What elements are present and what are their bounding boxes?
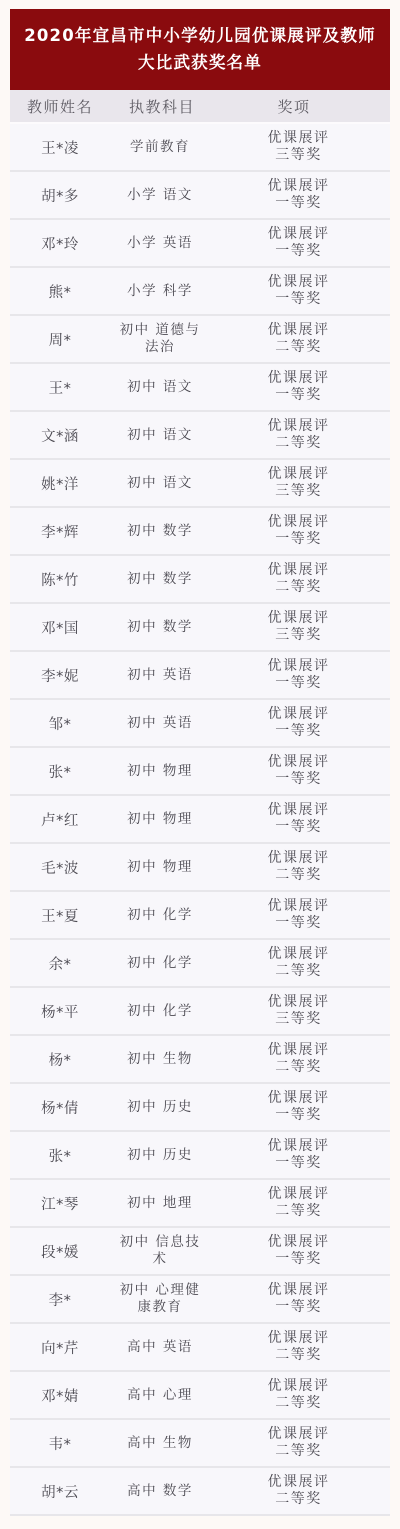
teacher-name: 王*凌 (10, 137, 108, 158)
subject: 初中 信息技术 (108, 1234, 212, 1268)
table-row: 杨*倩初中 历史优课展评一等奖 (10, 1082, 390, 1130)
award-level: 一等奖 (212, 291, 385, 308)
award: 优课展评三等奖 (212, 994, 390, 1028)
subject: 学前教育 (108, 139, 212, 156)
award: 优课展评一等奖 (212, 274, 390, 308)
award-level: 三等奖 (212, 1011, 385, 1028)
teacher-name: 王* (10, 377, 108, 398)
award-level: 一等奖 (212, 243, 385, 260)
table-row: 张*初中 物理优课展评一等奖 (10, 746, 390, 794)
table-row: 向*芹高中 英语优课展评二等奖 (10, 1322, 390, 1370)
award: 优课展评一等奖 (212, 802, 390, 836)
award-category: 优课展评 (212, 1378, 385, 1395)
teacher-name: 周* (10, 329, 108, 350)
teacher-name: 段*媛 (10, 1241, 108, 1262)
award-level: 二等奖 (212, 963, 385, 980)
award: 优课展评一等奖 (212, 514, 390, 548)
table-row: 余*初中 化学优课展评二等奖 (10, 938, 390, 986)
column-header-award: 奖项 (212, 96, 390, 117)
teacher-name: 李* (10, 1289, 108, 1310)
table-row: 姚*洋初中 语文优课展评三等奖 (10, 458, 390, 506)
award-level: 三等奖 (212, 627, 385, 644)
column-header-teacher-name: 教师姓名 (10, 96, 108, 117)
award-category: 优课展评 (212, 754, 385, 771)
award-level: 三等奖 (212, 147, 385, 164)
award: 优课展评二等奖 (212, 1474, 390, 1508)
subject: 初中 英语 (108, 667, 212, 684)
award: 优课展评二等奖 (212, 946, 390, 980)
award: 优课展评一等奖 (212, 754, 390, 788)
column-header-subject: 执教科目 (108, 96, 212, 117)
award-level: 二等奖 (212, 1059, 385, 1076)
teacher-name: 熊* (10, 281, 108, 302)
subject: 初中 化学 (108, 907, 212, 924)
table-row: 江*琴初中 地理优课展评二等奖 (10, 1178, 390, 1226)
teacher-name: 杨* (10, 1049, 108, 1070)
teacher-name: 杨*倩 (10, 1097, 108, 1118)
subject: 小学 科学 (108, 283, 212, 300)
award-level: 二等奖 (212, 339, 385, 356)
teacher-name: 卢*红 (10, 809, 108, 830)
award-level: 一等奖 (212, 675, 385, 692)
award-level: 二等奖 (212, 1203, 385, 1220)
subject: 初中 化学 (108, 1003, 212, 1020)
column-header-row: 教师姓名 执教科目 奖项 (10, 90, 390, 122)
award-level: 二等奖 (212, 1347, 385, 1364)
award: 优课展评二等奖 (212, 1426, 390, 1460)
table-row: 韦*高中 生物优课展评二等奖 (10, 1418, 390, 1466)
teacher-name: 姚*洋 (10, 473, 108, 494)
table-row: 陈*竹初中 数学优课展评二等奖 (10, 554, 390, 602)
award-category: 优课展评 (212, 466, 385, 483)
award-level: 二等奖 (212, 1443, 385, 1460)
award: 优课展评二等奖 (212, 418, 390, 452)
award-category: 优课展评 (212, 610, 385, 627)
teacher-name: 余* (10, 953, 108, 974)
table-row: 杨*初中 生物优课展评二等奖 (10, 1034, 390, 1082)
award-level: 二等奖 (212, 1491, 385, 1508)
subject: 初中 化学 (108, 955, 212, 972)
award: 优课展评二等奖 (212, 1330, 390, 1364)
subject: 高中 生物 (108, 1435, 212, 1452)
award: 优课展评一等奖 (212, 706, 390, 740)
subject: 初中 物理 (108, 859, 212, 876)
teacher-name: 杨*平 (10, 1001, 108, 1022)
award: 优课展评三等奖 (212, 610, 390, 644)
subject: 初中 语文 (108, 427, 212, 444)
award-level: 三等奖 (212, 483, 385, 500)
award: 优课展评一等奖 (212, 658, 390, 692)
table-row: 李*初中 心理健康教育优课展评一等奖 (10, 1274, 390, 1322)
award-category: 优课展评 (212, 370, 385, 387)
award-table: 2020年宜昌市中小学幼儿园优课展评及教师大比武获奖名单 教师姓名 执教科目 奖… (10, 9, 390, 1516)
subject: 初中 历史 (108, 1147, 212, 1164)
award-category: 优课展评 (212, 1474, 385, 1491)
subject: 小学 语文 (108, 187, 212, 204)
table-row: 段*媛初中 信息技术优课展评一等奖 (10, 1226, 390, 1274)
subject: 初中 生物 (108, 1051, 212, 1068)
award: 优课展评二等奖 (212, 322, 390, 356)
teacher-name: 向*芹 (10, 1337, 108, 1358)
award-category: 优课展评 (212, 1330, 385, 1347)
award-level: 一等奖 (212, 771, 385, 788)
subject: 初中 地理 (108, 1195, 212, 1212)
table-row: 邓*婧高中 心理优课展评二等奖 (10, 1370, 390, 1418)
teacher-name: 胡*多 (10, 185, 108, 206)
award: 优课展评一等奖 (212, 178, 390, 212)
award-level: 一等奖 (212, 915, 385, 932)
award-category: 优课展评 (212, 130, 385, 147)
award-category: 优课展评 (212, 418, 385, 435)
award-category: 优课展评 (212, 658, 385, 675)
table-row: 王*凌学前教育优课展评三等奖 (10, 122, 390, 170)
table-row: 王*初中 语文优课展评一等奖 (10, 362, 390, 410)
teacher-name: 张* (10, 1145, 108, 1166)
award: 优课展评二等奖 (212, 1042, 390, 1076)
subject: 高中 数学 (108, 1483, 212, 1500)
award-level: 一等奖 (212, 195, 385, 212)
table-row: 熊*小学 科学优课展评一等奖 (10, 266, 390, 314)
subject: 初中 数学 (108, 523, 212, 540)
teacher-name: 毛*波 (10, 857, 108, 878)
award-category: 优课展评 (212, 274, 385, 291)
award-level: 二等奖 (212, 435, 385, 452)
table-row: 李*辉初中 数学优课展评一等奖 (10, 506, 390, 554)
teacher-name: 邓*婧 (10, 1385, 108, 1406)
award: 优课展评二等奖 (212, 562, 390, 596)
award: 优课展评二等奖 (212, 850, 390, 884)
table-row: 胡*多小学 语文优课展评一等奖 (10, 170, 390, 218)
award-category: 优课展评 (212, 850, 385, 867)
teacher-name: 文*涵 (10, 425, 108, 446)
award: 优课展评三等奖 (212, 466, 390, 500)
table-row: 王*夏初中 化学优课展评一等奖 (10, 890, 390, 938)
teacher-name: 王*夏 (10, 905, 108, 926)
award-category: 优课展评 (212, 1042, 385, 1059)
subject: 初中 数学 (108, 571, 212, 588)
award-level: 二等奖 (212, 867, 385, 884)
award-category: 优课展评 (212, 178, 385, 195)
teacher-name: 邹* (10, 713, 108, 734)
teacher-name: 张* (10, 761, 108, 782)
award: 优课展评一等奖 (212, 226, 390, 260)
award-level: 二等奖 (212, 1395, 385, 1412)
subject: 初中 物理 (108, 811, 212, 828)
subject: 初中 历史 (108, 1099, 212, 1116)
table-row: 胡*云高中 数学优课展评二等奖 (10, 1466, 390, 1516)
teacher-name: 李*妮 (10, 665, 108, 686)
award: 优课展评三等奖 (212, 130, 390, 164)
award: 优课展评二等奖 (212, 1378, 390, 1412)
teacher-name: 胡*云 (10, 1481, 108, 1502)
subject: 初中 英语 (108, 715, 212, 732)
teacher-name: 陈*竹 (10, 569, 108, 590)
table-row: 邓*玲小学 英语优课展评一等奖 (10, 218, 390, 266)
teacher-name: 江*琴 (10, 1193, 108, 1214)
teacher-name: 李*辉 (10, 521, 108, 542)
award: 优课展评一等奖 (212, 370, 390, 404)
award: 优课展评一等奖 (212, 898, 390, 932)
award-category: 优课展评 (212, 1090, 385, 1107)
subject: 初中 物理 (108, 763, 212, 780)
award-category: 优课展评 (212, 994, 385, 1011)
award-category: 优课展评 (212, 1186, 385, 1203)
table-row: 邓*国初中 数学优课展评三等奖 (10, 602, 390, 650)
award-category: 优课展评 (212, 898, 385, 915)
subject: 初中 道德与法治 (108, 322, 212, 356)
table-row: 张*初中 历史优课展评一等奖 (10, 1130, 390, 1178)
award-category: 优课展评 (212, 514, 385, 531)
subject: 高中 心理 (108, 1387, 212, 1404)
award-category: 优课展评 (212, 802, 385, 819)
subject: 高中 英语 (108, 1339, 212, 1356)
award-category: 优课展评 (212, 226, 385, 243)
award-category: 优课展评 (212, 1234, 385, 1251)
award-level: 一等奖 (212, 1251, 385, 1268)
teacher-name: 邓*国 (10, 617, 108, 638)
award-level: 二等奖 (212, 579, 385, 596)
teacher-name: 韦* (10, 1433, 108, 1454)
award-category: 优课展评 (212, 1426, 385, 1443)
award-category: 优课展评 (212, 322, 385, 339)
subject: 初中 语文 (108, 475, 212, 492)
subject: 初中 语文 (108, 379, 212, 396)
table-row: 邹*初中 英语优课展评一等奖 (10, 698, 390, 746)
award: 优课展评一等奖 (212, 1138, 390, 1172)
subject: 初中 数学 (108, 619, 212, 636)
teacher-name: 邓*玲 (10, 233, 108, 254)
table-row: 李*妮初中 英语优课展评一等奖 (10, 650, 390, 698)
award-level: 一等奖 (212, 1299, 385, 1316)
subject: 小学 英语 (108, 235, 212, 252)
table-row: 周*初中 道德与法治优课展评二等奖 (10, 314, 390, 362)
award: 优课展评一等奖 (212, 1282, 390, 1316)
award-level: 一等奖 (212, 819, 385, 836)
award-category: 优课展评 (212, 946, 385, 963)
award: 优课展评二等奖 (212, 1186, 390, 1220)
award-level: 一等奖 (212, 387, 385, 404)
award-level: 一等奖 (212, 1155, 385, 1172)
table-row: 文*涵初中 语文优课展评二等奖 (10, 410, 390, 458)
table-title: 2020年宜昌市中小学幼儿园优课展评及教师大比武获奖名单 (10, 9, 390, 90)
award-level: 一等奖 (212, 723, 385, 740)
award: 优课展评一等奖 (212, 1090, 390, 1124)
table-row: 毛*波初中 物理优课展评二等奖 (10, 842, 390, 890)
award: 优课展评一等奖 (212, 1234, 390, 1268)
table-row: 杨*平初中 化学优课展评三等奖 (10, 986, 390, 1034)
award-level: 一等奖 (212, 1107, 385, 1124)
table-row: 卢*红初中 物理优课展评一等奖 (10, 794, 390, 842)
award-category: 优课展评 (212, 1282, 385, 1299)
award-category: 优课展评 (212, 1138, 385, 1155)
subject: 初中 心理健康教育 (108, 1282, 212, 1316)
award-level: 一等奖 (212, 531, 385, 548)
award-category: 优课展评 (212, 562, 385, 579)
award-category: 优课展评 (212, 706, 385, 723)
table-body: 王*凌学前教育优课展评三等奖胡*多小学 语文优课展评一等奖邓*玲小学 英语优课展… (10, 122, 390, 1516)
